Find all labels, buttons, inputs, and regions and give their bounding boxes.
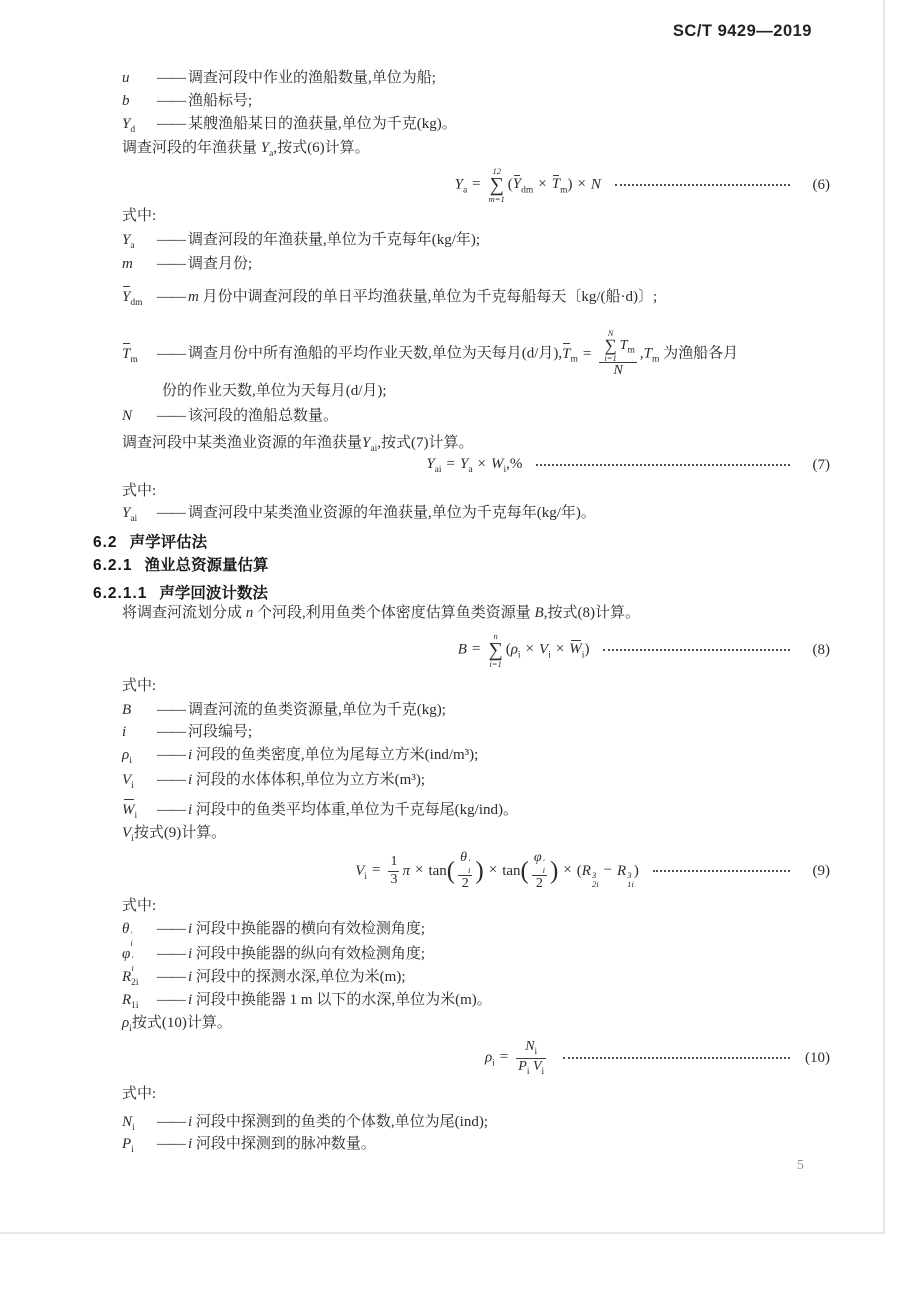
label-where: 式中: [122,676,156,696]
summation: N∑i=1 [604,329,616,362]
spacer [122,871,355,872]
text: 渔船标号; [188,93,252,109]
sub: d [130,125,135,135]
text: 调查河段中某类渔业资源的年渔获量,单位为千克每年(kg/年)。 [188,505,596,521]
page-edge-right [883,0,885,1234]
sub: i [131,781,134,791]
math-symbol: N [122,406,157,426]
operator: × [526,641,534,657]
em-dash: —— [157,505,185,521]
var: V [122,825,131,841]
formula-9-body: Vi=13π×tan(θ′i2)×tan(φ′i2)×(R32i−R31i) [355,850,639,893]
em-dash: —— [157,116,185,132]
sigma-symbol: ∑ [488,641,502,660]
formula-9: Vi=13π×tan(θ′i2)×tan(φ′i2)×(R32i−R31i) (… [122,851,830,891]
operator: × [489,862,497,878]
text: 河段中换能器的纵向有效检测角度; [192,946,425,962]
em-dash: —— [157,724,185,740]
sub: a [130,241,134,251]
text: 河段中探测到的脉冲数量。 [192,1136,376,1152]
text: ,按式(8)计算。 [544,605,640,621]
math-symbol: Yai [362,435,377,451]
section-title: 声学回波计数法 [159,585,268,602]
var: N [122,1114,132,1130]
sub: i [518,650,521,660]
em-dash: —— [157,93,185,109]
em-dash: —— [157,921,185,937]
spacer [122,1058,485,1059]
em-dash: —— [157,946,185,962]
em-dash: —— [157,772,185,788]
var: ρ [511,641,518,657]
math-symbol: B [122,700,157,720]
dotted-leader [653,870,790,872]
sub: dm [521,185,533,195]
section-heading-6-2-1-1: 6.2.1.1声学回波计数法 [93,581,268,603]
math-symbol: ρi [122,745,157,771]
paragraph-formula-8: 将调查河流划分成 n 个河段,利用鱼类个体密度估算鱼类资源量 B,按式(8)计算… [122,603,640,623]
em-dash: —— [157,289,185,305]
formula-10-body: ρi=NiPi Vi [485,1039,549,1077]
sub: 1i [131,1001,138,1011]
definition-tm: Tm——调查月份中所有渔船的平均作业天数,单位为天每月(d/月),Tm=N∑i=… [122,329,738,379]
sub: i [543,866,545,875]
section-heading-6-2-1: 6.2.1渔业总资源量估算 [93,553,269,575]
numerator: θ′i [458,850,472,876]
sub: i [535,1047,538,1057]
definition-B: B——调查河流的鱼类资源量,单位为千克(kg); [122,700,446,720]
denominator: 2 [534,876,545,892]
text: 式中: [122,898,156,914]
var: i [122,724,126,740]
var: Y [455,176,463,192]
math-symbol: Ya [261,140,274,156]
numerator: φ′i [532,850,547,876]
text: 月份中调查河段的单日平均渔获量,单位为千克每船每天〔kg/(船·d)〕; [199,289,657,305]
dotted-leader [563,1057,790,1059]
formula-7-body: Yai=Ya×Wi,% [426,456,522,475]
denominator: N [611,363,624,379]
paragraph-formula-6: 调查河段的年渔获量 Ya,按式(6)计算。 [122,138,370,164]
var: T [644,346,652,362]
sub: i [542,1066,545,1076]
var: N [525,1039,534,1054]
text: 调查河段的年渔获量 [122,140,261,156]
var: R [122,969,131,985]
math-symbol: i [122,722,157,742]
function-name: tan [428,862,446,878]
paragraph-formula-9: Vi按式(9)计算。 [122,823,226,849]
em-dash: —— [157,232,185,248]
operator: = [447,456,455,472]
text: 河段编号; [188,724,252,740]
text: 河段中的鱼类平均体重,单位为千克每尾(kg/ind)。 [192,802,518,818]
em-dash: —— [157,802,185,818]
var: V [539,641,548,657]
var-overbar: T [562,344,570,364]
text: 河段中探测到的鱼类的个体数,单位为尾(ind); [192,1114,488,1130]
definition-tm-continued: 份的作业天数,单位为天每月(d/月); [162,381,387,401]
sub: i [468,866,470,875]
em-dash: —— [157,1136,185,1152]
math-symbol: ρi [122,1015,132,1031]
paren: ) [634,862,639,878]
formula-6-body: Ya=12∑m=1(Ydm×Tm)×N [455,167,601,203]
var: B [458,641,467,657]
page-number: 5 [797,1157,804,1173]
equation-number: (8) [800,642,830,659]
sub: i [527,1066,530,1076]
sum-lower-limit: m=1 [489,195,505,204]
var: θ [122,921,129,937]
operator: × [556,641,564,657]
paren: ) [475,857,483,884]
var-overbar: W [569,641,582,658]
text: 调查月份中所有渔船的平均作业天数,单位为天每月(d/月), [188,346,562,362]
definition-yai: Yai——调查河段中某类渔业资源的年渔获量,单位为千克每年(kg/年)。 [122,503,596,529]
sub: i [548,650,551,660]
text: 按式(9)计算。 [134,825,227,841]
sub: 1i [627,880,634,889]
formula-8: B=n∑i=1(ρi×Vi×Wi) (8) [122,630,830,670]
var: R [582,862,591,878]
var: V [122,772,131,788]
document-page: SC/T 9429—2019 u——调查河段中作业的渔船数量,单位为船;b——渔… [0,0,900,1295]
var: θ [460,850,467,865]
fraction: 13 [388,854,399,887]
text: 个河段,利用鱼类个体密度估算鱼类资源量 [253,605,534,621]
spacer [122,650,458,651]
numerator: 1 [388,854,399,870]
operator: × [577,176,585,192]
spacer [122,465,426,466]
paren: ( [521,857,529,884]
section-title: 渔业总资源量估算 [144,557,268,574]
definition-m: m——调查月份; [122,254,252,274]
text: 该河段的渔船总数量。 [188,408,338,424]
var: b [122,93,130,109]
sub: a [463,185,467,195]
sigma-symbol: ∑ [490,176,504,195]
label-where: 式中: [122,1084,156,1104]
var-overbar: Y [513,176,521,193]
numerator: Ni [523,1039,539,1058]
math-symbol: Vi [122,770,157,796]
var: N [591,176,601,192]
em-dash: —— [157,256,185,272]
math-var: B [535,605,544,621]
summation: n∑i=1 [488,632,502,668]
math-symbol: Ya [122,230,157,256]
sum-lower-limit: i=1 [604,354,616,363]
paragraph-formula-10: ρi按式(10)计算。 [122,1013,232,1039]
text: 调查河段中作业的渔船数量,单位为船; [188,70,436,86]
text: 某艘渔船某日的渔获量,单位为千克(kg)。 [188,116,457,132]
fraction: N∑i=1TmN [599,329,637,379]
sum-lower-limit: i=1 [489,660,501,669]
var: φ [122,946,130,962]
formula-10: ρi=NiPi Vi (10) [122,1038,830,1078]
text: ,按式(7)计算。 [377,435,473,451]
equation-number: (7) [800,457,830,474]
var: φ [534,850,542,865]
section-title: 声学评估法 [130,534,208,551]
var: V [533,1059,542,1074]
formula-6: Ya=12∑m=1(Ydm×Tm)×N (6) [122,165,830,205]
spacer [122,185,455,186]
em-dash: —— [157,969,185,985]
sub: i [129,756,132,766]
definition-yd: Yd——某艘渔船某日的渔获量,单位为千克(kg)。 [122,114,457,140]
text: 河段中换能器 1 m 以下的水深,单位为米(m)。 [192,992,492,1008]
operator: = [372,862,380,878]
summation: 12∑m=1 [489,167,505,203]
operator: = [472,176,480,192]
math-symbol: Pi [122,1134,157,1160]
math-var: m [188,289,199,305]
label-where: 式中: [122,896,156,916]
definition-b: b——渔船标号; [122,91,252,111]
math-symbol: Yai [122,503,157,529]
sub: 2i [592,880,599,889]
text: 调查河段的年渔获量,单位为千克每年(kg/年); [188,232,480,248]
dotted-leader [603,649,790,651]
var: R [617,862,626,878]
definition-u: u——调查河段中作业的渔船数量,单位为船; [122,68,436,88]
sub: dm [130,298,142,308]
prime-sub: ′i [468,858,470,876]
sub: ai [435,465,442,475]
section-heading-6-2: 6.2声学评估法 [93,530,207,552]
operator: × [563,862,571,878]
sub: m [571,355,578,365]
fraction: NiPi Vi [516,1039,546,1077]
var-overbar: W [122,800,135,820]
paren: ( [447,857,455,884]
definition-pi: Pi——i 河段中探测到的脉冲数量。 [122,1134,376,1160]
operator: − [604,862,612,878]
paren: ) [567,176,572,192]
denominator: 2 [460,876,471,892]
section-number: 6.2 [93,534,118,551]
var: T [620,338,628,353]
sub: m [130,355,137,365]
definition-i: i——河段编号; [122,722,252,742]
text: 调查河流的鱼类资源量,单位为千克(kg); [188,702,446,718]
text: 调查河段中某类渔业资源的年渔获量 [122,435,362,451]
equation-number: (9) [800,863,830,880]
prime-sub: ′i [543,858,545,876]
sigma-symbol: ∑ [604,338,616,354]
em-dash: —— [157,747,185,763]
operator: × [538,176,546,192]
math-symbol: b [122,91,157,111]
equation-number: (6) [800,177,830,194]
definition-ya: Ya——调查河段的年渔获量,单位为千克每年(kg/年); [122,230,480,256]
sub: i [492,1058,495,1068]
math-symbol: Vi [122,825,134,841]
math-symbol: Tm [122,344,157,370]
text: 式中: [122,483,156,499]
text: 按式(10)计算。 [132,1015,232,1031]
var: W [491,456,504,472]
sup-sub: 32i [592,871,599,889]
em-dash: —— [157,346,185,362]
text: 式中: [122,208,156,224]
text: 河段中换能器的横向有效检测角度; [192,921,425,937]
standard-code: SC/T 9429—2019 [673,22,812,41]
sub: i [131,1145,134,1155]
var-overbar: T [552,176,560,193]
numerator: N∑i=1Tm [599,329,637,362]
section-number: 6.2.1 [93,557,132,574]
em-dash: —— [157,1114,185,1130]
text: 式中: [122,678,156,694]
sub: m [628,346,635,356]
dotted-leader [536,464,790,466]
paren: ) [550,857,558,884]
text: 份的作业天数,单位为天每月(d/月); [162,383,387,399]
var-overbar: T [122,344,130,364]
math-symbol: Yd [122,114,157,140]
fraction: θ′i2 [458,850,472,893]
var: V [355,862,364,878]
text: 河段的水体体积,单位为立方米(m³); [192,772,425,788]
paren: ) [584,641,589,657]
operator: × [478,456,486,472]
var: m [122,256,133,272]
em-dash: —— [157,408,185,424]
sup-sub: 31i [627,871,634,889]
sub: i [132,1123,135,1133]
math-symbol: m [122,254,157,274]
text: 调查月份; [188,256,252,272]
var: N [122,408,132,424]
var: P [518,1059,527,1074]
var-overbar: Y [122,287,130,307]
label-where: 式中: [122,481,156,501]
label-where: 式中: [122,206,156,226]
text: ,按式(6)计算。 [273,140,369,156]
function-name: tan [502,862,520,878]
operator: = [500,1049,508,1065]
var: π [402,862,410,878]
text: 将调查河流划分成 [122,605,246,621]
definition-rho: ρi——i 河段的鱼类密度,单位为尾每立方米(ind/m³); [122,745,478,771]
dotted-leader [615,184,790,186]
var: u [122,70,130,86]
section-number: 6.2.1.1 [93,585,147,602]
formula-8-body: B=n∑i=1(ρi×Vi×Wi) [458,632,590,668]
operator: = [472,641,480,657]
sub: 2i [131,978,138,988]
text: 河段中的探测水深,单位为米(m); [192,969,405,985]
text: 河段的鱼类密度,单位为尾每立方米(ind/m³); [192,747,478,763]
denominator: 3 [388,872,399,888]
text: ,% [506,456,522,472]
var: Y [426,456,434,472]
em-dash: —— [157,70,185,86]
definition-v: Vi——i 河段的水体体积,单位为立方米(m³); [122,770,425,796]
text: 为渔船各月 [659,346,738,362]
operator: = [583,346,591,362]
var: Y [261,140,269,156]
operator: × [415,862,423,878]
em-dash: —— [157,702,185,718]
sub: a [468,465,472,475]
denominator: Pi Vi [516,1059,546,1078]
var: P [122,1136,131,1152]
definition-ydm: Ydm——m 月份中调查河段的单日平均渔获量,单位为千克每船每天〔kg/(船·d… [122,287,657,313]
math-symbol: Ydm [122,287,157,313]
em-dash: —— [157,992,185,1008]
equation-number: (10) [800,1050,830,1067]
definition-n: N——该河段的渔船总数量。 [122,406,338,426]
text: 式中: [122,1086,156,1102]
page-edge-bottom [0,1232,885,1234]
sub: i [364,871,367,881]
formula-7: Yai=Ya×Wi,% (7) [122,455,830,475]
var: B [122,702,131,718]
var: R [122,992,131,1008]
sub: ai [130,514,137,524]
math-symbol: u [122,68,157,88]
fraction: φ′i2 [532,850,547,893]
